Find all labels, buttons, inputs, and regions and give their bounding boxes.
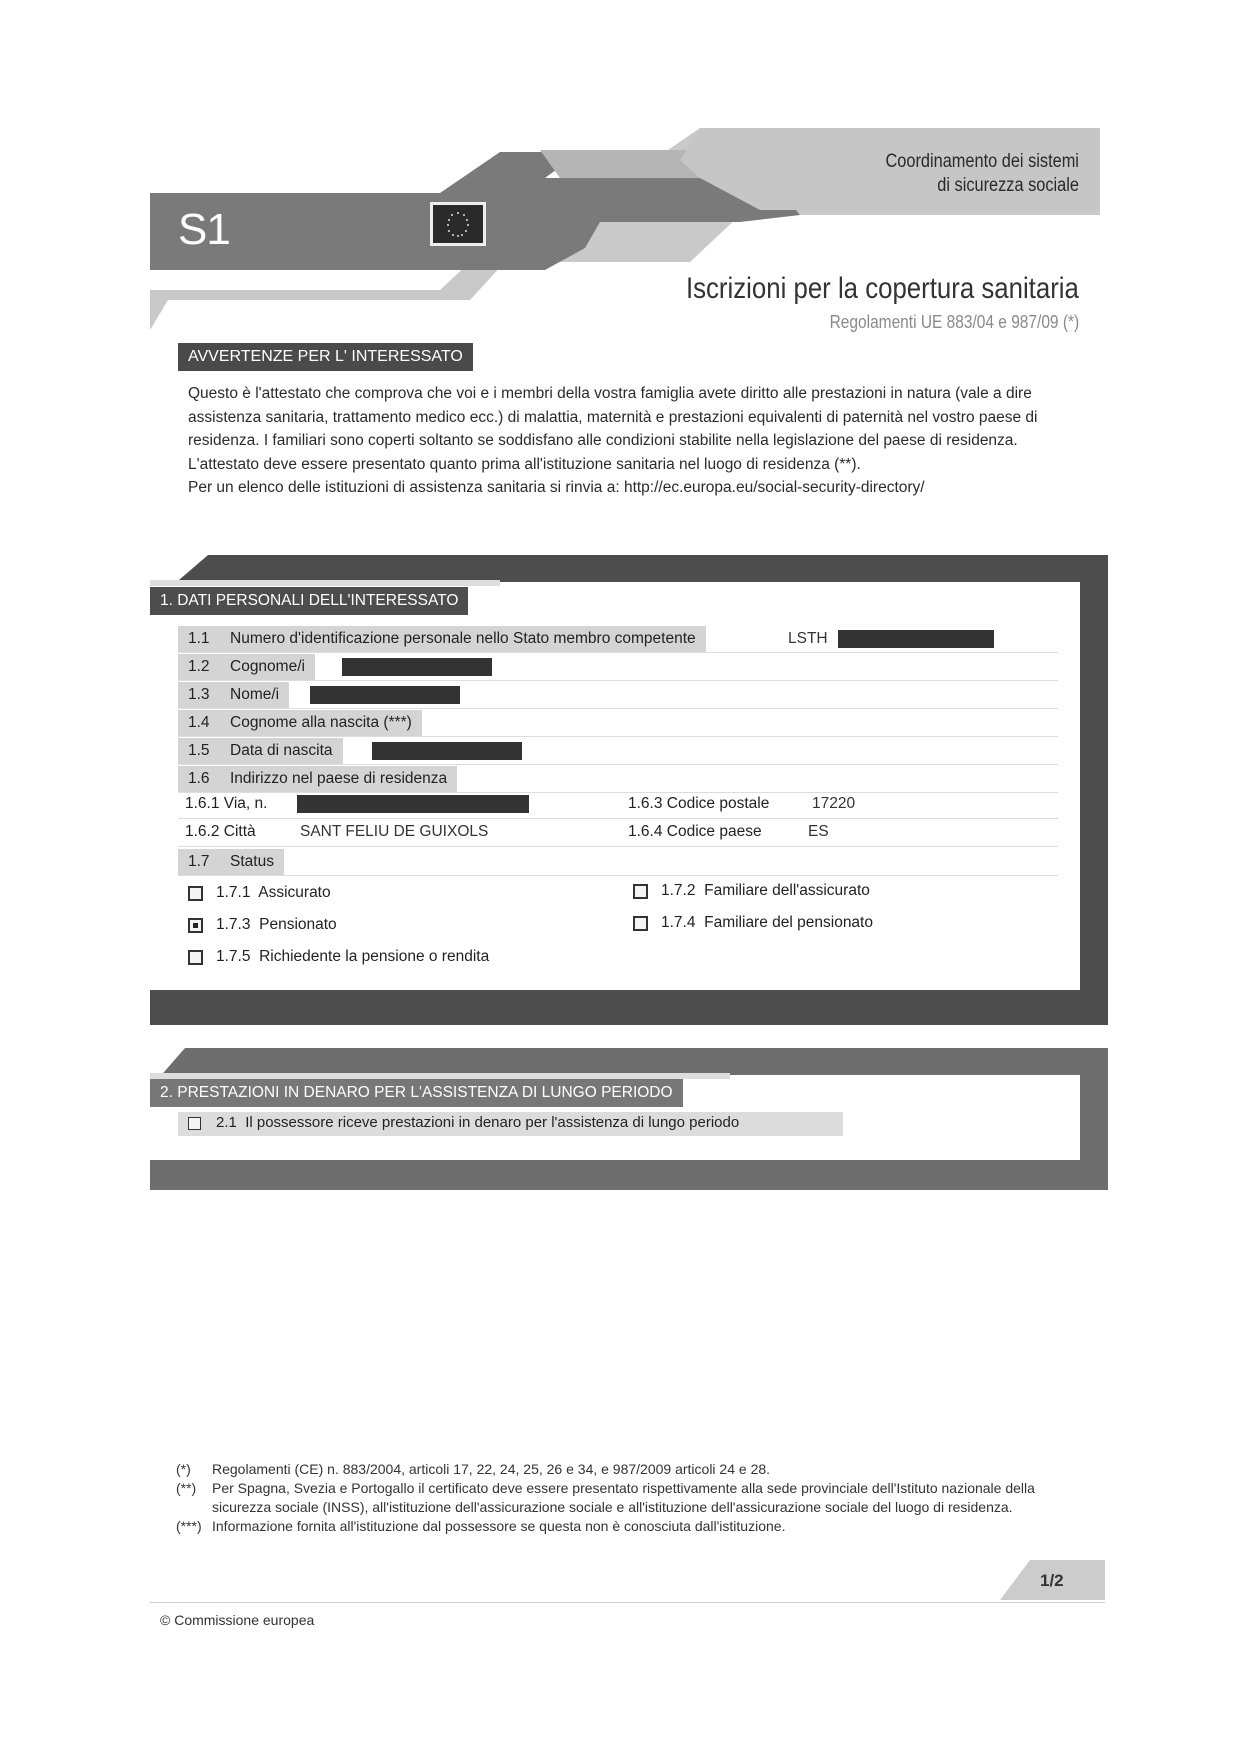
footnote-text: Per Spagna, Svezia e Portogallo il certi… (212, 1479, 1076, 1517)
city-label-text: Città (224, 823, 256, 840)
field-label: Nome/i (230, 686, 279, 703)
document-subtitle: Regolamenti UE 883/04 e 987/09 (*) (829, 312, 1079, 333)
city-value: SANT FELIU DE GUIXOLS (300, 823, 488, 841)
footnote: (**)Per Spagna, Svezia e Portogallo il c… (176, 1479, 1076, 1517)
option-label: Assicurato (258, 884, 330, 901)
section1-heading: 1. DATI PERSONALI DELL'INTERESSATO (150, 587, 468, 615)
field-label: Cognome alla nascita (***) (230, 714, 412, 731)
long-term-care-checkbox[interactable] (188, 1117, 201, 1130)
field-label-box: 1.2Cognome/i (178, 654, 315, 680)
street-label: 1.6.1 Via, n. (185, 795, 267, 813)
status-option-label: 1.7.3 Pensionato (216, 916, 337, 934)
option-label: Familiare dell'assicurato (704, 882, 870, 899)
status-checkbox[interactable] (633, 884, 648, 899)
option-num: 1.7.4 (661, 914, 695, 931)
section2-heading: 2. PRESTAZIONI IN DENARO PER L'ASSISTENZ… (150, 1079, 683, 1107)
org-name: Coordinamento dei sistemi di sicurezza s… (886, 150, 1079, 198)
field-row: 1.4Cognome alla nascita (***) (178, 710, 422, 736)
option-label: Familiare del pensionato (704, 914, 873, 931)
long-term-care-label: 2.1 Il possessore riceve prestazioni in … (216, 1114, 739, 1131)
field-value: LSTH (788, 630, 828, 648)
field-label: Data di nascita (230, 742, 333, 759)
option-num: 1.7.3 (216, 916, 250, 933)
field-num: 1.6 (188, 766, 230, 792)
field-num: 1.7 (188, 849, 230, 875)
option-num: 1.7.2 (661, 882, 695, 899)
field-row: 1.6Indirizzo nel paese di residenza (178, 766, 457, 792)
divider (178, 652, 1058, 653)
field-row: 1.2Cognome/i (178, 654, 315, 680)
field-num: 1.5 (188, 738, 230, 764)
field-label: Indirizzo nel paese di residenza (230, 770, 447, 787)
footnote-mark: (**) (176, 1479, 212, 1517)
city-num: 1.6.2 (185, 823, 219, 840)
notice-paragraph: Questo è l'attestato che comprova che vo… (188, 382, 1088, 453)
postcode-value: 17220 (812, 795, 855, 813)
notice-paragraph: Per un elenco delle istituzioni di assis… (188, 476, 1088, 500)
field-row: 1.3Nome/i (178, 682, 289, 708)
country-value: ES (808, 823, 829, 841)
field-label-box: 1.5Data di nascita (178, 738, 343, 764)
redacted-value (838, 630, 994, 648)
footnote: (***)Informazione fornita all'istituzion… (176, 1517, 1076, 1536)
status-option-label: 1.7.4 Familiare del pensionato (661, 914, 873, 932)
divider (178, 708, 1058, 709)
country-label-text: Codice paese (667, 823, 762, 840)
option-num: 1.7.1 (216, 884, 250, 901)
footnote-text: Regolamenti (CE) n. 883/2004, articoli 1… (212, 1460, 770, 1479)
org-name-line1: Coordinamento dei sistemi (886, 150, 1079, 174)
redacted-value (342, 658, 492, 676)
copyright: © Commissione europea (160, 1612, 314, 1628)
status-checkbox[interactable] (188, 950, 203, 965)
divider (178, 818, 1058, 819)
field-num: 1.3 (188, 682, 230, 708)
notice-text: Questo è l'attestato che comprova che vo… (188, 382, 1088, 500)
form-code: S1 (178, 205, 230, 255)
status-checkbox[interactable] (188, 918, 203, 933)
field-label: Cognome/i (230, 658, 305, 675)
field-num: 1.4 (188, 710, 230, 736)
field-row: 1.1Numero d'identificazione personale ne… (178, 626, 706, 652)
footer-divider (150, 1602, 1105, 1603)
field-label-box: 1.3Nome/i (178, 682, 289, 708)
footnote-text: Informazione fornita all'istituzione dal… (212, 1517, 785, 1536)
country-label: 1.6.4 Codice paese (628, 823, 762, 841)
eu-flag-icon (430, 202, 486, 246)
divider (178, 736, 1058, 737)
divider (178, 764, 1058, 765)
field-label-box: 1.4Cognome alla nascita (***) (178, 710, 422, 736)
field-row-status: 1.7Status (178, 849, 284, 875)
footnote: (*)Regolamenti (CE) n. 883/2004, articol… (176, 1460, 1076, 1479)
divider (178, 875, 1058, 876)
country-num: 1.6.4 (628, 823, 662, 840)
option-num: 1.7.5 (216, 948, 250, 965)
postcode-num: 1.6.3 (628, 795, 662, 812)
status-option-label: 1.7.1 Assicurato (216, 884, 331, 902)
street-label-text: Via, n. (224, 795, 268, 812)
postcode-label: 1.6.3 Codice postale (628, 795, 769, 813)
status-checkbox[interactable] (633, 916, 648, 931)
field-label-box: 1.1Numero d'identificazione personale ne… (178, 626, 706, 652)
option-label: Il possessore riceve prestazioni in dena… (245, 1114, 739, 1131)
street-num: 1.6.1 (185, 795, 219, 812)
field-label: Status (230, 853, 274, 870)
footnote-mark: (*) (176, 1460, 212, 1479)
option-label: Pensionato (259, 916, 337, 933)
divider (178, 792, 1058, 793)
page-number: 1/2 (1040, 1571, 1064, 1591)
footnote-mark: (***) (176, 1517, 212, 1536)
status-option-label: 1.7.2 Familiare dell'assicurato (661, 882, 870, 900)
field-num: 1.2 (188, 654, 230, 680)
option-label: Richiedente la pensione o rendita (259, 948, 489, 965)
status-option-label: 1.7.5 Richiedente la pensione o rendita (216, 948, 489, 966)
postcode-label-text: Codice postale (667, 795, 770, 812)
field-num: 1.1 (188, 626, 230, 652)
field-label-box: 1.6Indirizzo nel paese di residenza (178, 766, 457, 792)
city-label: 1.6.2 Città (185, 823, 256, 841)
redacted-value (310, 686, 460, 704)
option-num: 2.1 (216, 1114, 237, 1131)
status-checkbox[interactable] (188, 886, 203, 901)
redacted-street (297, 795, 529, 813)
divider (178, 680, 1058, 681)
footnotes: (*)Regolamenti (CE) n. 883/2004, articol… (176, 1460, 1076, 1536)
notice-heading: AVVERTENZE PER L' INTERESSATO (178, 343, 473, 371)
field-label: Numero d'identificazione personale nello… (230, 630, 696, 647)
field-row: 1.5Data di nascita (178, 738, 343, 764)
status-label: 1.7Status (178, 849, 284, 875)
divider (178, 846, 1058, 847)
org-name-line2: di sicurezza sociale (886, 174, 1079, 198)
redacted-value (372, 742, 522, 760)
section1-header-bar (150, 580, 500, 586)
notice-paragraph: L'attestato deve essere presentato quant… (188, 453, 1088, 477)
document-title: Iscrizioni per la copertura sanitaria (686, 272, 1079, 306)
